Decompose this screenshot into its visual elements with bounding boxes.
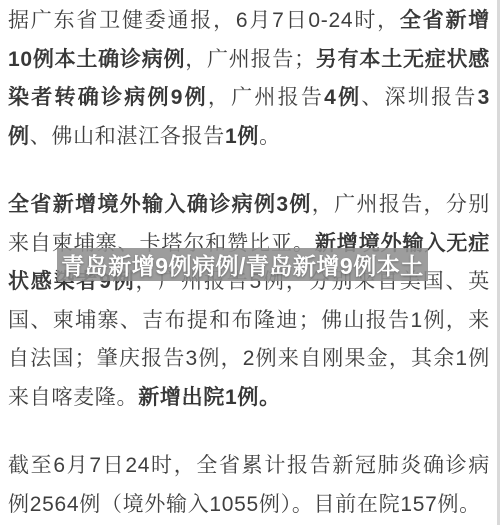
paragraph-text: 截至6月7日24时，全省累计报告新冠肺炎确诊病例2564例（境外输入1055例）… (8, 454, 490, 516)
paragraph: 据广东省卫健委通报，6月7日0-24时，全省新增10例本土确诊病例，广州报告；另… (8, 2, 490, 156)
paragraph: 截至6月7日24时，全省累计报告新冠肺炎确诊病例2564例（境外输入1055例）… (8, 447, 490, 524)
paragraph-text: 、深圳报告 (361, 86, 477, 109)
paragraph-bold-text: 4例 (324, 86, 361, 109)
caption-text: 青岛新增9例病例/青岛新增9例本土 (61, 248, 423, 281)
article-page: 据广东省卫健委通报，6月7日0-24时，全省新增10例本土确诊病例，广州报告；另… (0, 0, 500, 525)
paragraph-bold-text: 新增出院1例。 (138, 386, 281, 409)
paragraph-bold-text: 1例 (225, 125, 259, 148)
paragraph-text: ，广州报告； (185, 48, 316, 71)
paragraph: 全省新增境外输入确诊病例3例，广州报告，分别来自柬埔寨、卡塔尔和赞比亚。新增境外… (8, 186, 490, 417)
paragraph-text: 。 (259, 125, 281, 148)
paragraph-text: 据广东省卫健委通报，6月7日0-24时， (8, 9, 400, 32)
paragraph-text: ，广州报告 (208, 86, 324, 109)
paragraph-text: 、佛山和湛江各报告 (30, 125, 225, 148)
caption-overlay: 青岛新增9例病例/青岛新增9例本土 (57, 248, 428, 281)
paragraph-bold-text: 全省新增境外输入确诊病例3例 (8, 193, 312, 216)
